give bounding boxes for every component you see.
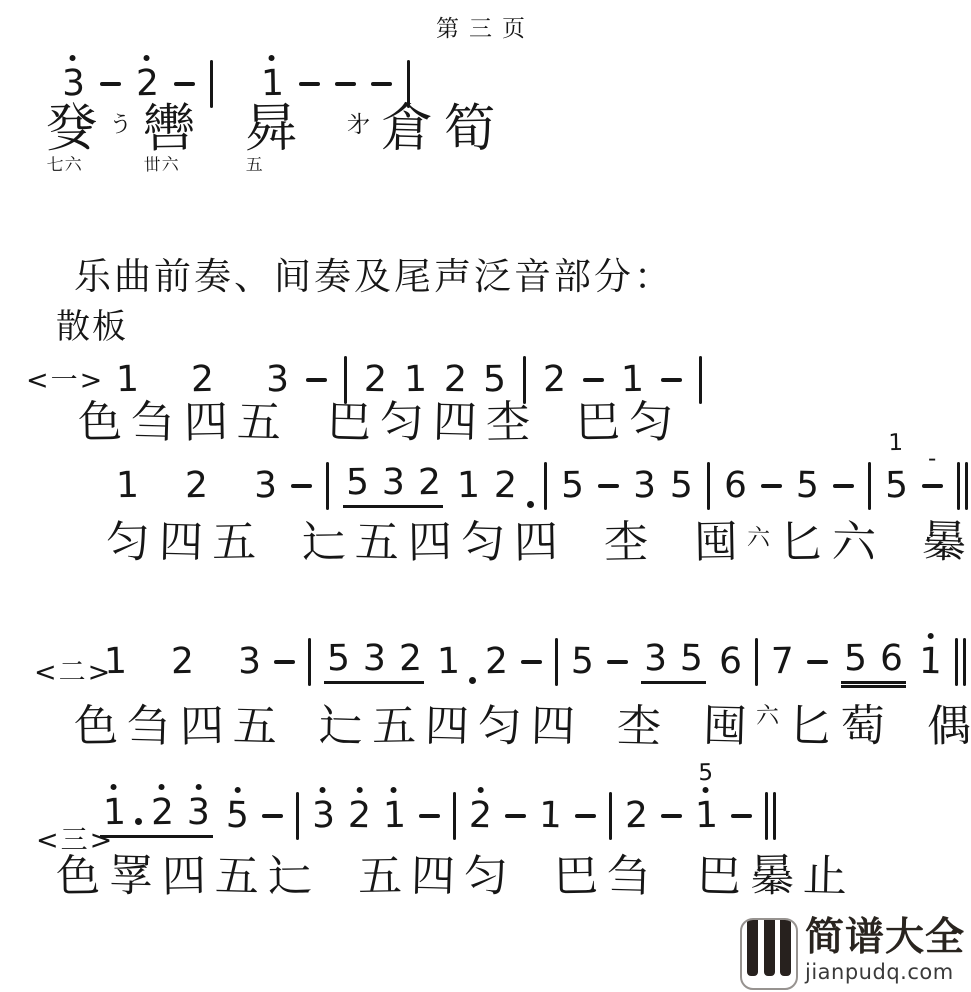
barline-stroke <box>773 792 776 840</box>
tablature-line: 匀四五辷五四匀四杢囤六匕六曓止 <box>106 518 971 569</box>
tablature-glyph: 匀 <box>628 397 673 449</box>
tablature-glyph: 四 <box>158 517 203 569</box>
tablature-glyph: 㐧 <box>347 111 370 138</box>
barline-stroke <box>963 638 966 686</box>
tablature-glyph: 色 <box>56 852 101 903</box>
note-digit: 3 <box>644 640 668 676</box>
tablature-line-intro: 癹七六う轡丗六曻五㐧倉筍 <box>46 100 496 160</box>
note-digit: 2 <box>625 798 649 834</box>
note-digit: 1 <box>103 794 127 830</box>
final-barline <box>955 638 966 686</box>
tablature-glyph: 色 <box>78 398 123 449</box>
dash-sustain <box>262 814 283 818</box>
tablature-glyph: 匀 <box>106 518 151 569</box>
tablature-glyph: 五 <box>212 518 257 569</box>
barline-stroke <box>765 792 768 840</box>
note-digit: 2 <box>494 468 518 505</box>
dash-sustain <box>661 814 682 818</box>
tablature-glyph: 巴 <box>554 852 599 903</box>
tablature-glyph: 四 <box>432 397 477 449</box>
dash-sustain <box>731 814 752 818</box>
barline-stroke <box>957 462 960 510</box>
watermark-brand: 简谱大全 <box>805 918 965 959</box>
octave-dot <box>196 783 202 789</box>
note-digit: 5 <box>670 468 694 505</box>
barline <box>453 792 456 840</box>
piano-keys-icon <box>740 918 798 990</box>
note-digit: 5 <box>225 798 249 835</box>
note-digit: 2 <box>485 644 509 680</box>
note-digit: 5 <box>345 464 369 500</box>
tablature-glyph: 囤 <box>694 518 739 569</box>
dash-sustain <box>100 82 121 86</box>
tablature-glyph: 杢 <box>486 398 531 449</box>
barline <box>544 462 547 510</box>
note-digit: 5 <box>483 362 507 398</box>
note-digit: 5 <box>561 468 585 504</box>
octave-dot <box>70 55 76 61</box>
tablature-glyph: 辷 <box>302 518 347 569</box>
note-digit: 5 <box>326 640 350 676</box>
section-heading: 乐曲前奏、间奏及尾声泛音部分： <box>74 246 674 300</box>
tablature-glyph: 曓 <box>921 517 966 569</box>
augmentation-dot <box>527 501 534 508</box>
note-digit: 5 <box>795 468 819 505</box>
augmentation-dot <box>469 677 476 684</box>
note-digit: 5 <box>843 640 867 676</box>
tablature-glyph: 四 <box>530 702 575 754</box>
dash-sustain <box>575 814 596 818</box>
tablature-glyph: 辷 <box>318 702 363 754</box>
section-marker-2: <二> <box>34 650 112 689</box>
tablature-glyph: 四 <box>514 518 559 569</box>
tablature-glyph: 四 <box>180 702 225 753</box>
tablature-glyph: 巴 <box>326 397 371 449</box>
tablature-sub-annotation: 七六 <box>46 156 82 176</box>
note-digit: 3 <box>362 640 386 677</box>
tablature-glyph: 五 <box>214 851 259 903</box>
note-digit: 2 <box>136 66 160 102</box>
barline-stroke <box>955 638 958 686</box>
octave-dot <box>478 787 484 793</box>
dash-sustain <box>661 378 682 382</box>
note-digit: 1 <box>457 468 481 504</box>
dash-sustain <box>505 814 526 818</box>
note-digit: 6 <box>879 640 903 677</box>
tablature-glyph: 匀 <box>460 517 505 569</box>
dash-sustain <box>521 660 542 664</box>
section-marker-1: <一> <box>26 358 104 397</box>
beam-group: 123 <box>100 795 213 838</box>
note-digit: 1 <box>104 644 128 680</box>
note-digit: 2 <box>185 468 209 504</box>
note-digit: 3 <box>254 468 278 504</box>
tablature-glyph: 巴 <box>696 851 741 903</box>
tablature-glyph: 匀 <box>380 398 425 449</box>
score-page: 第三页 321 癹七六う轡丗六曻五㐧倉筍 乐曲前奏、间奏及尾声泛音部分： 散板 … <box>0 0 971 992</box>
beam-group: 532 <box>343 465 444 508</box>
tablature-glyph: 色 <box>74 702 119 753</box>
tablature-glyph: 五 <box>354 517 399 569</box>
beam-group: 532 <box>324 641 425 684</box>
note-digit: 2 <box>469 798 493 835</box>
tablature-glyph: 五 <box>236 397 281 449</box>
note-digit: 3 <box>186 794 210 831</box>
notation-line: 1235321253567561 <box>104 634 966 690</box>
note-digit: 2 <box>347 798 371 835</box>
tablature-glyph: 止 <box>802 851 847 903</box>
tablature-glyph: 四 <box>424 702 469 754</box>
octave-dot <box>144 55 150 61</box>
tablature-glyph: 匕 <box>787 702 832 754</box>
watermark-site: jianpudq.com <box>805 960 965 984</box>
tablature-line: 色刍四五辷五四匀四杢囤六匕萄偶二立止 <box>74 690 971 753</box>
dash-sustain <box>274 660 295 664</box>
octave-dot <box>111 783 117 789</box>
dash-sustain <box>174 82 195 86</box>
watermark-text: 简谱大全 jianpudq.com <box>805 918 965 984</box>
octave-dot <box>703 787 709 793</box>
note-digit: 6 <box>719 644 743 680</box>
barline <box>868 462 871 510</box>
note-digit: 2 <box>363 362 387 399</box>
barline <box>555 638 558 686</box>
barline <box>326 462 329 510</box>
tablature-glyph: 匀 <box>477 702 522 753</box>
octave-dot <box>159 783 165 789</box>
dash-sustain <box>807 660 828 664</box>
upper-voice-note: 1 <box>888 432 903 455</box>
note-digit: 5 <box>680 640 704 677</box>
dash-sustain <box>335 82 356 86</box>
tablature-line: 色刍四五巴匀四杢巴匀 <box>78 398 673 449</box>
note-digit: 2 <box>171 644 195 680</box>
tablature-glyph: 轡丗六 <box>142 100 195 161</box>
tablature-glyph: 四 <box>184 398 229 449</box>
tablature-glyph: 刍 <box>126 702 171 754</box>
note-digit: 2 <box>398 640 422 676</box>
octave-dot <box>235 787 241 793</box>
barline <box>308 638 311 686</box>
tablature-glyph: 五 <box>232 702 277 754</box>
note-digit: 3 <box>238 644 262 680</box>
note-digit: 2 <box>543 362 567 398</box>
watermark: 简谱大全 jianpudq.com <box>740 918 965 990</box>
note-digit: 1 <box>437 644 461 680</box>
tablature-glyph: 罦 <box>108 851 153 903</box>
note-digit: 2 <box>443 362 467 399</box>
tablature-glyph: 囤 <box>702 702 747 754</box>
note-digit: 3 <box>311 798 335 834</box>
note-digit: 2 <box>151 794 175 830</box>
tablature-glyph: 巴 <box>576 398 621 449</box>
tablature-glyph: 四 <box>410 851 455 903</box>
dash-sustain <box>299 82 320 86</box>
page-title: 第三页 <box>0 10 971 43</box>
notation-line: 123532121215 <box>100 788 776 844</box>
tablature-glyph: 辷 <box>268 852 313 903</box>
tablature-glyph: 四 <box>408 518 453 569</box>
tablature-glyph: 匀 <box>464 852 509 903</box>
note-digit: 3 <box>266 362 290 398</box>
upper-voice-note: 5 <box>698 762 713 785</box>
tablature-glyph: 杢 <box>616 702 661 754</box>
tablature-glyph: 筍 <box>444 100 497 161</box>
tablature-glyph: 癹七六 <box>45 100 98 161</box>
octave-dot <box>320 787 326 793</box>
tablature-glyph: 曻五 <box>245 100 298 161</box>
note-digit: 2 <box>191 362 215 398</box>
barline <box>755 638 758 686</box>
dash-sustain <box>607 660 628 664</box>
tablature-glyph: 偶 <box>926 702 971 753</box>
tablature-glyph: 五 <box>358 852 403 903</box>
note-digit: 1 <box>621 362 645 398</box>
note-digit: 1 <box>116 468 140 504</box>
dash-sustain <box>583 378 604 382</box>
beam-group: 56 <box>841 641 906 684</box>
final-barline <box>957 462 968 510</box>
note-digit: 15 <box>695 798 719 834</box>
octave-dot <box>357 787 363 793</box>
octave-dot <box>928 633 934 639</box>
note-digit: 1 <box>918 644 942 681</box>
tablature-glyph: 萄 <box>840 702 885 753</box>
beam-group: 35 <box>641 641 706 684</box>
tablature-glyph: う <box>109 111 133 138</box>
note-digit: 7 <box>771 644 795 680</box>
tablature-glyph: 四 <box>162 852 207 903</box>
note-digit: 3 <box>381 464 405 501</box>
tablature-glyph: 六 <box>831 517 876 569</box>
barline-stroke <box>965 462 968 510</box>
note-digit: 5 <box>571 644 595 681</box>
barline <box>296 792 299 840</box>
dash-sustain <box>291 484 312 488</box>
tablature-glyph: 六 <box>756 703 779 730</box>
barline <box>707 462 710 510</box>
barline <box>609 792 612 840</box>
note-digit: 1 <box>403 362 427 398</box>
tempo-marking: 散板 <box>56 299 128 348</box>
octave-dot <box>391 787 397 793</box>
note-digit: 3 <box>633 468 657 504</box>
dash-sustain <box>419 814 440 818</box>
octave-dot <box>269 55 275 61</box>
note-digit: 51 <box>884 468 908 504</box>
upper-voice-note: - <box>928 448 936 471</box>
dash-sustain <box>761 484 782 488</box>
tablature-glyph: 刍 <box>606 851 651 903</box>
final-barline <box>765 792 776 840</box>
tablature-glyph: 匕 <box>779 518 824 569</box>
dash-sustain <box>833 484 854 488</box>
tablature-glyph: 曓 <box>750 852 795 903</box>
tablature-sub-annotation: 丗六 <box>143 156 179 176</box>
tablature-glyph: 五 <box>371 702 416 753</box>
note-digit: 1 <box>116 362 140 398</box>
note-digit: 1 <box>261 66 285 102</box>
notation-line: 123532125356551- <box>116 458 968 514</box>
note-digit: 1 <box>539 798 563 835</box>
dash-sustain <box>306 378 327 382</box>
dash-sustain <box>598 484 619 488</box>
dash-sustain: - <box>922 484 943 488</box>
tablature-glyph: 六 <box>747 525 771 552</box>
note-digit: 3 <box>62 66 86 102</box>
note-digit: 2 <box>417 464 441 500</box>
tablature-line: 色罦四五辷五四匀巴刍巴曓止 <box>56 852 847 903</box>
augmentation-dot <box>135 818 142 825</box>
tablature-glyph: 刍 <box>130 397 175 449</box>
barline <box>699 356 702 404</box>
dash-sustain <box>371 82 392 86</box>
tablature-glyph: 倉 <box>380 99 434 160</box>
note-digit: 6 <box>724 468 748 505</box>
tablature-sub-annotation: 五 <box>245 156 263 176</box>
tablature-glyph: 杢 <box>604 518 649 569</box>
note-digit: 1 <box>383 798 407 834</box>
